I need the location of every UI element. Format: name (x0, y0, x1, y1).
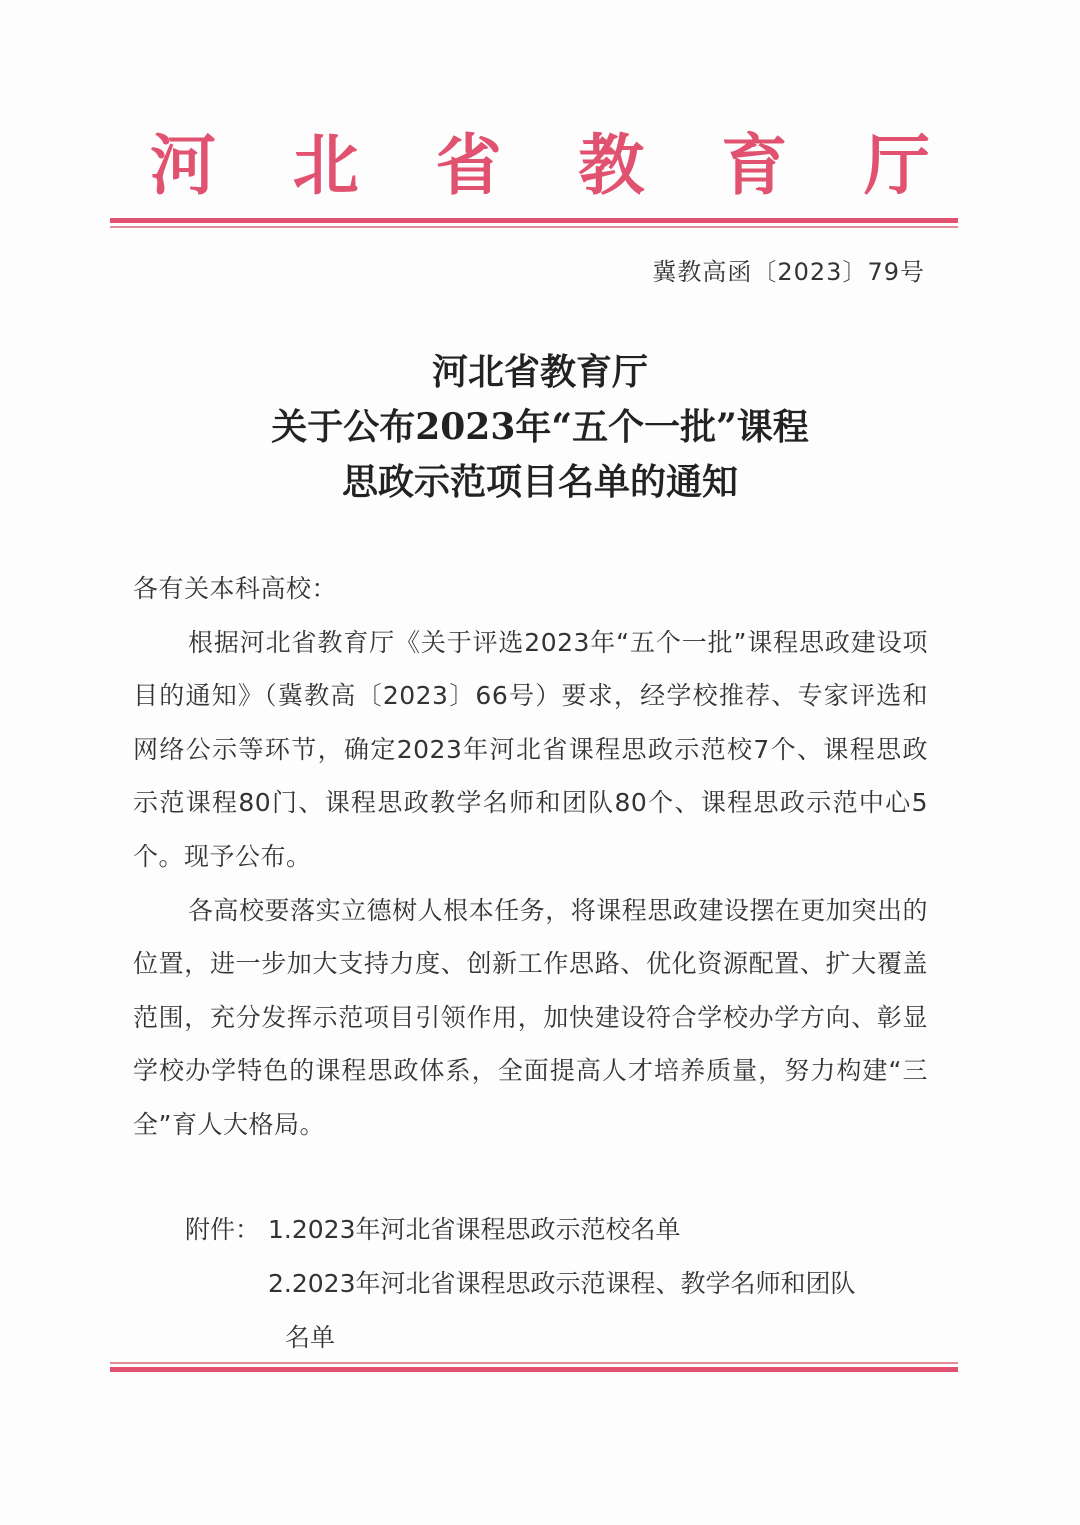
title-line-3: 思政示范项目名单的通知 (0, 455, 1080, 510)
masthead-char: 育 (721, 125, 787, 205)
title-line-1: 河北省教育厅 (0, 345, 1080, 400)
red-rule-bottom-thick (110, 1367, 958, 1372)
attachment-item-1: 1.2023年河北省课程思政示范校名单 (268, 1203, 680, 1257)
attachment-item-2-cont: 名单 (185, 1311, 935, 1365)
red-rule-bottom-thin (110, 1362, 958, 1364)
title-line-2: 关于公布2023年“五个一批”课程 (0, 400, 1080, 455)
red-rule-top-thin (110, 226, 958, 228)
salutation: 各有关本科高校： (133, 562, 928, 616)
attachment-item-2: 2.2023年河北省课程思政示范课程、教学名师和团队 (185, 1257, 935, 1311)
masthead-char: 厅 (864, 125, 930, 205)
masthead-issuer: 河 北 省 教 育 厅 (150, 125, 930, 205)
masthead-char: 北 (293, 125, 359, 205)
document-title: 河北省教育厅 关于公布2023年“五个一批”课程 思政示范项目名单的通知 (0, 345, 1080, 510)
red-rule-top-thick (110, 218, 958, 223)
document-body: 各有关本科高校： 根据河北省教育厅《关于评选2023年“五个一批”课程思政建设项… (133, 562, 928, 1152)
attachments: 附件： 1.2023年河北省课程思政示范校名单 2.2023年河北省课程思政示范… (185, 1203, 935, 1365)
paragraph-1: 根据河北省教育厅《关于评选2023年“五个一批”课程思政建设项目的通知》（冀教高… (133, 616, 928, 884)
masthead-char: 省 (436, 125, 502, 205)
attachments-label: 附件： (185, 1203, 268, 1257)
masthead-char: 教 (578, 125, 644, 205)
masthead-char: 河 (150, 125, 216, 205)
paragraph-2: 各高校要落实立德树人根本任务，将课程思政建设摆在更加突出的位置，进一步加大支持力… (133, 884, 928, 1152)
document-number: 冀教高函〔2023〕79号 (652, 252, 925, 287)
